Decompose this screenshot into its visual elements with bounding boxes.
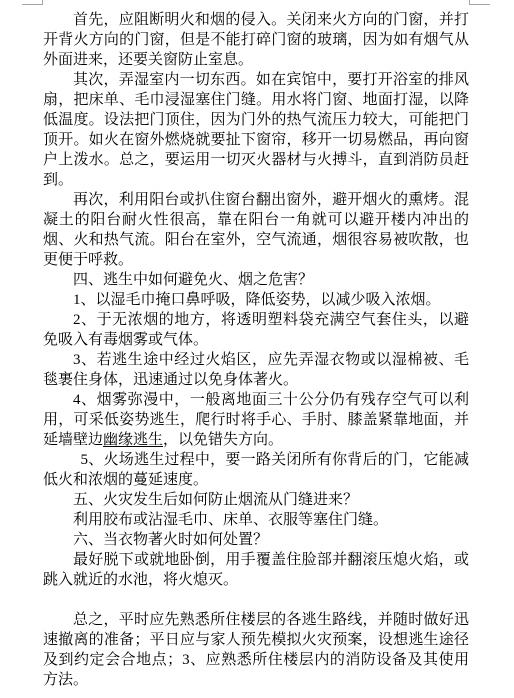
section-heading-4: 四、逃生中如何避免火、烟之危害？: [43, 270, 469, 290]
text-run: ，以免错失方向。: [163, 432, 283, 448]
text-run: 1、以湿毛巾掩口鼻呼吸，降低姿势，以减少吸入浓烟。: [73, 292, 441, 308]
text-run: 利用胶布或沾湿毛巾、床单、衣服等塞住门缝。: [73, 512, 388, 528]
list-item-2: 2、于无浓烟的地方，将透明塑料袋充满空气套住头，以避免吸入有毒烟雾或气体。: [43, 310, 469, 350]
section-heading-5: 五、火灾发生后如何防止烟流从门缝进来？: [43, 490, 469, 510]
underlined-text: 幽缘逃生: [103, 432, 163, 448]
document-body: 首先，应阻断明火和烟的侵入。关闭来火方向的门窗，并打开背火方向的门窗，但是不能打…: [43, 10, 469, 690]
text-run: 最好脱下或就地卧倒，用手覆盖住脸部并翻滚压熄火焰，或跳入就近的水池，将火熄灭。: [43, 552, 469, 588]
text-boundary-mark-top-right: [469, 0, 490, 5]
text-run: 3、若逃生途中经过火焰区，应先弄湿衣物或以湿棉被、毛毯裹住身体，迅速通过以免身体…: [43, 352, 469, 388]
text-run: 5、火场逃生过程中，要一路关闭所有你背后的门，它能减低火和浓烟的蔓延速度。: [43, 452, 469, 488]
text-boundary-mark-top-left: [22, 0, 43, 5]
paragraph-answer-5: 利用胶布或沾湿毛巾、床单、衣服等塞住门缝。: [43, 510, 469, 530]
paragraph-first-measure: 首先，应阻断明火和烟的侵入。关闭来火方向的门窗，并打开背火方向的门窗，但是不能打…: [43, 10, 469, 70]
text-run: 六、当衣物著火时如何处置？: [73, 532, 268, 548]
text-run: 首先，应阻断明火和烟的侵入。关闭来火方向的门窗，并打开背火方向的门窗，但是不能打…: [43, 12, 469, 68]
paragraph-third-measure: 再次，利用阳台或扒住窗台翻出窗外，避开烟火的熏烤。混凝土的阳台耐火性很高，靠在阳…: [43, 190, 469, 270]
text-run: 总之，平时应先熟悉所住楼层的各逃生路线，并随时做好迅速撤离的准备；平日应与家人预…: [43, 612, 469, 688]
list-item-3: 3、若逃生途中经过火焰区，应先弄湿衣物或以湿棉被、毛毯裹住身体，迅速通过以免身体…: [43, 350, 469, 390]
text-run: 其次，弄湿室内一切东西。如在宾馆中，要打开浴室的排风扇，把床单、毛巾浸湿塞住门缝…: [43, 72, 469, 188]
list-item-4: 4、烟雾弥漫中，一般离地面三十公分仍有残存空气可以利用，可采低姿势逃生，爬行时将…: [43, 390, 469, 450]
paragraph-second-measure: 其次，弄湿室内一切东西。如在宾馆中，要打开浴室的排风扇，把床单、毛巾浸湿塞住门缝…: [43, 70, 469, 190]
paragraph-summary: 总之，平时应先熟悉所住楼层的各逃生路线，并随时做好迅速撤离的准备；平日应与家人预…: [43, 610, 469, 690]
text-run: 2、于无浓烟的地方，将透明塑料袋充满空气套住头，以避免吸入有毒烟雾或气体。: [43, 312, 469, 348]
document-page: 首先，应阻断明火和烟的侵入。关闭来火方向的门窗，并打开背火方向的门窗，但是不能打…: [0, 0, 514, 698]
text-run: 五、火灾发生后如何防止烟流从门缝进来？: [73, 492, 358, 508]
list-item-1: 1、以湿毛巾掩口鼻呼吸，降低姿势，以减少吸入浓烟。: [43, 290, 469, 310]
paragraph-answer-6: 最好脱下或就地卧倒，用手覆盖住脸部并翻滚压熄火焰，或跳入就近的水池，将火熄灭。: [43, 550, 469, 590]
text-run: 再次，利用阳台或扒住窗台翻出窗外，避开烟火的熏烤。混凝土的阳台耐火性很高，靠在阳…: [43, 192, 469, 268]
list-item-5: 5、火场逃生过程中，要一路关闭所有你背后的门，它能减低火和浓烟的蔓延速度。: [43, 450, 469, 490]
text-run: 四、逃生中如何避免火、烟之危害？: [73, 272, 313, 288]
section-heading-6: 六、当衣物著火时如何处置？: [43, 530, 469, 550]
